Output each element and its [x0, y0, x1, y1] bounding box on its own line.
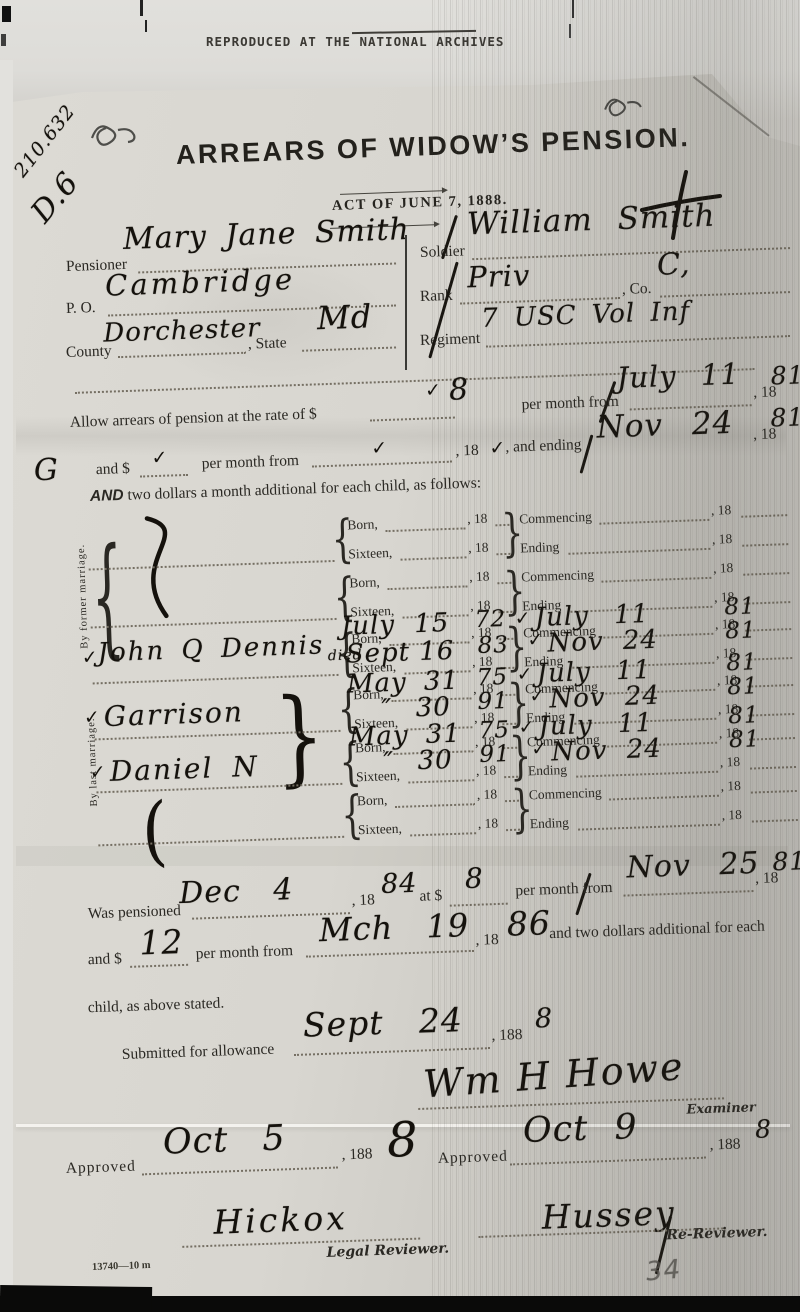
- ending-label: Ending: [520, 539, 560, 556]
- arrears-from1: July 11: [616, 357, 740, 395]
- sixteen-label: Sixteen,: [358, 821, 402, 839]
- legal-reviewer-block: Hickox Legal Reviewer.: [177, 1199, 449, 1268]
- margin-initial: G: [33, 452, 59, 488]
- child-born-year: 75: [476, 664, 508, 691]
- name-line: [89, 560, 335, 571]
- year18-label: , 18: [711, 502, 732, 519]
- child-ending-year: 81: [727, 673, 759, 700]
- commencing-label: Commencing: [521, 567, 594, 586]
- pensioned-from-year: 81: [772, 846, 800, 876]
- approved-right-date: Oct 9: [522, 1107, 638, 1151]
- child-sixteen-year: 91: [477, 688, 509, 715]
- year18-label: , 18: [351, 891, 375, 910]
- year18-label: , 18: [469, 569, 490, 586]
- state-value: Md: [316, 297, 373, 337]
- dotted-line: [386, 527, 466, 532]
- check-mark: ✓: [529, 685, 546, 708]
- pensioned-from: Nov 25: [626, 846, 760, 886]
- arrowhead: [434, 221, 440, 227]
- registration-mark: [572, 0, 574, 18]
- check-mark: ✓: [83, 706, 100, 729]
- check-mark: ✓: [527, 629, 544, 652]
- per-month-from-label: per month from: [201, 452, 299, 473]
- check-mark: ✓: [518, 716, 535, 739]
- year18-label: , 18: [720, 754, 741, 771]
- check-mark: ✓: [81, 646, 98, 669]
- column-divider: [405, 235, 407, 370]
- registration-mark: [569, 24, 571, 38]
- pensioned-rate2: 12: [139, 922, 184, 963]
- pensioned-from2: Mch 19: [318, 906, 469, 949]
- at-dollar-label: at $: [419, 887, 442, 906]
- form-number: 13740—10 m: [92, 1260, 151, 1273]
- dotted-line: [742, 543, 788, 547]
- registration-mark: [2, 6, 11, 22]
- children-heading-and: AND: [90, 487, 124, 505]
- and-dollar-label: and $: [96, 460, 131, 479]
- check-mark: ✓: [371, 437, 388, 460]
- child-name: John Q Dennis: [97, 630, 325, 668]
- pensioned-from2-year: 86: [506, 903, 551, 944]
- year18-label: , 18: [721, 807, 742, 824]
- child-name: Garrison: [103, 695, 244, 733]
- child-ending: Nov 24: [551, 734, 662, 768]
- child-ending-year: 81: [725, 617, 757, 644]
- child-sixteen: Sept 16: [345, 636, 455, 670]
- re-reviewer-label: Re-Reviewer.: [666, 1224, 768, 1244]
- submitted-date: Sept 24: [302, 1000, 463, 1045]
- dotted-line: [578, 824, 720, 831]
- child-born-year: 75: [478, 717, 510, 744]
- child-sixteen-year: 83: [477, 632, 509, 659]
- registration-mark: [140, 0, 143, 16]
- born-label: Born,: [357, 792, 388, 809]
- year18-label: , 18: [475, 931, 499, 950]
- year18-label: , 18: [713, 560, 734, 577]
- year18-label: , 18: [712, 531, 733, 548]
- scan-edge-bottom-left: [0, 1285, 152, 1312]
- child-ending: Nov 24: [547, 625, 658, 659]
- dotted-line: [130, 964, 188, 968]
- pensioned-year: 84: [380, 868, 417, 900]
- soldier-name: William Smith: [466, 198, 716, 243]
- ending-label: Ending: [530, 815, 570, 832]
- scribble-mark: [86, 118, 140, 152]
- commencing-label: Commencing: [519, 509, 592, 528]
- pensioned-date: Dec 4: [179, 872, 294, 911]
- name-line: [98, 836, 344, 847]
- approved-right-year: 8: [755, 1114, 773, 1144]
- dotted-line: [388, 585, 468, 590]
- dotted-line: [410, 832, 476, 836]
- children-table: By former marriage. { By last marriage. …: [75, 496, 800, 867]
- born-label: Born,: [347, 516, 378, 533]
- check-mark: ✓: [514, 607, 531, 630]
- dotted-line: [568, 548, 710, 555]
- year188-label: , 188: [341, 1145, 373, 1164]
- dotted-line: [599, 519, 709, 525]
- sixteen-label: Sixteen,: [348, 545, 392, 563]
- check-mark: ✓: [151, 447, 168, 470]
- pencil-page-number: 34: [645, 1255, 683, 1288]
- po-label: P. O.: [66, 299, 96, 318]
- dotted-line: [743, 572, 789, 576]
- regiment-label: Regiment: [420, 330, 481, 350]
- dotted-line: [294, 1047, 490, 1056]
- arrears-ending-year: 81: [770, 402, 800, 432]
- dotted-line: [142, 1167, 338, 1176]
- child-commencing-year: 81: [726, 649, 758, 676]
- registration-mark: [145, 20, 147, 32]
- re-reviewer-block: Hussey Re-Reviewer.: [477, 1188, 769, 1258]
- child-born-year: 72: [474, 606, 506, 633]
- dotted-line: [302, 346, 396, 351]
- archives-stamp: REPRODUCED AT THE NATIONAL ARCHIVES: [206, 34, 504, 49]
- per-month-from-label: per month from: [515, 879, 613, 900]
- county-value: Dorchester: [103, 313, 261, 348]
- scanner-gutter: [0, 60, 13, 1300]
- scribble-mark: [600, 92, 646, 122]
- submitted-year: 8: [534, 1003, 553, 1035]
- check-mark: ✓: [489, 437, 506, 460]
- child-commencing-year: 81: [728, 702, 760, 729]
- arrears-ending: Nov 24: [596, 405, 734, 446]
- regiment-value: 7 USC Vol Inf: [481, 297, 691, 334]
- year18-label: , 18: [477, 786, 498, 803]
- approved-left-year: 8: [386, 1112, 419, 1169]
- dotted-line: [401, 556, 467, 560]
- child-name: Daniel N: [109, 750, 259, 788]
- commencing-label: Commencing: [529, 785, 602, 804]
- dotted-line: [510, 1157, 706, 1166]
- year18-label: , 18: [468, 540, 489, 557]
- dotted-line: [624, 890, 754, 897]
- check-mark: ✓: [516, 663, 533, 686]
- co-label: , Co.: [622, 280, 652, 299]
- legal-reviewer-signature: Hickox: [213, 1198, 349, 1242]
- dotted-line: [601, 577, 711, 583]
- child-ending-year: 81: [729, 726, 761, 753]
- arrowhead: [442, 187, 448, 193]
- pensioned-tail2: child, as above stated.: [88, 995, 225, 1018]
- arrears-from1-year: 81: [770, 360, 800, 390]
- check-mark: ✓: [531, 738, 548, 761]
- child-sixteen-year: 91: [479, 741, 511, 768]
- rank-value: Priv: [467, 258, 531, 294]
- po-value: Cambridge: [105, 262, 296, 303]
- approved-label: Approved: [438, 1148, 509, 1168]
- dotted-line: [609, 795, 719, 801]
- dotted-line: [395, 803, 475, 808]
- born-label: Born,: [349, 574, 380, 591]
- approved-left-date: Oct 5: [162, 1118, 286, 1162]
- registration-mark: [1, 34, 6, 46]
- dotted-line: [750, 766, 796, 770]
- year188-label: , 188: [709, 1135, 741, 1154]
- year188-label: , 188: [491, 1026, 523, 1045]
- was-pensioned-label: Was pensioned: [88, 902, 182, 923]
- dotted-line: [370, 417, 455, 422]
- submitted-label: Submitted for allowance: [122, 1041, 275, 1064]
- form-number-text: 13740—10 m: [92, 1260, 151, 1273]
- per-month-from-label: per month from: [195, 942, 293, 963]
- child-sixteen: ″ 30: [383, 745, 453, 777]
- dotted-line: [751, 790, 797, 794]
- year18-label: , 18: [720, 778, 741, 795]
- child-commencing-year: 81: [724, 593, 756, 620]
- dotted-line: [140, 474, 188, 478]
- co-value: C,: [656, 247, 691, 283]
- dotted-line: [312, 461, 452, 468]
- legal-reviewer-label: Legal Reviewer.: [326, 1241, 449, 1261]
- year18-label: , 18: [478, 815, 499, 832]
- arrears-rate1: 8: [448, 372, 469, 408]
- examiner-label: Examiner: [686, 1100, 756, 1117]
- check-mark: ✓: [425, 379, 442, 402]
- check-mark: ✓: [89, 761, 106, 784]
- dotted-line: [752, 819, 798, 823]
- dotted-line: [741, 514, 787, 518]
- year18-label: , 18: [467, 511, 488, 528]
- dotted-line: [306, 950, 474, 958]
- and-dollar-label: and $: [88, 950, 123, 969]
- approved-label: Approved: [66, 1158, 137, 1178]
- and-ending-label: , and ending: [505, 436, 582, 457]
- scanned-document: REPRODUCED AT THE NATIONAL ARCHIVES 210.…: [0, 0, 800, 1312]
- pensioned-rate: 8: [464, 861, 484, 895]
- year18-label: , 18: [455, 442, 479, 461]
